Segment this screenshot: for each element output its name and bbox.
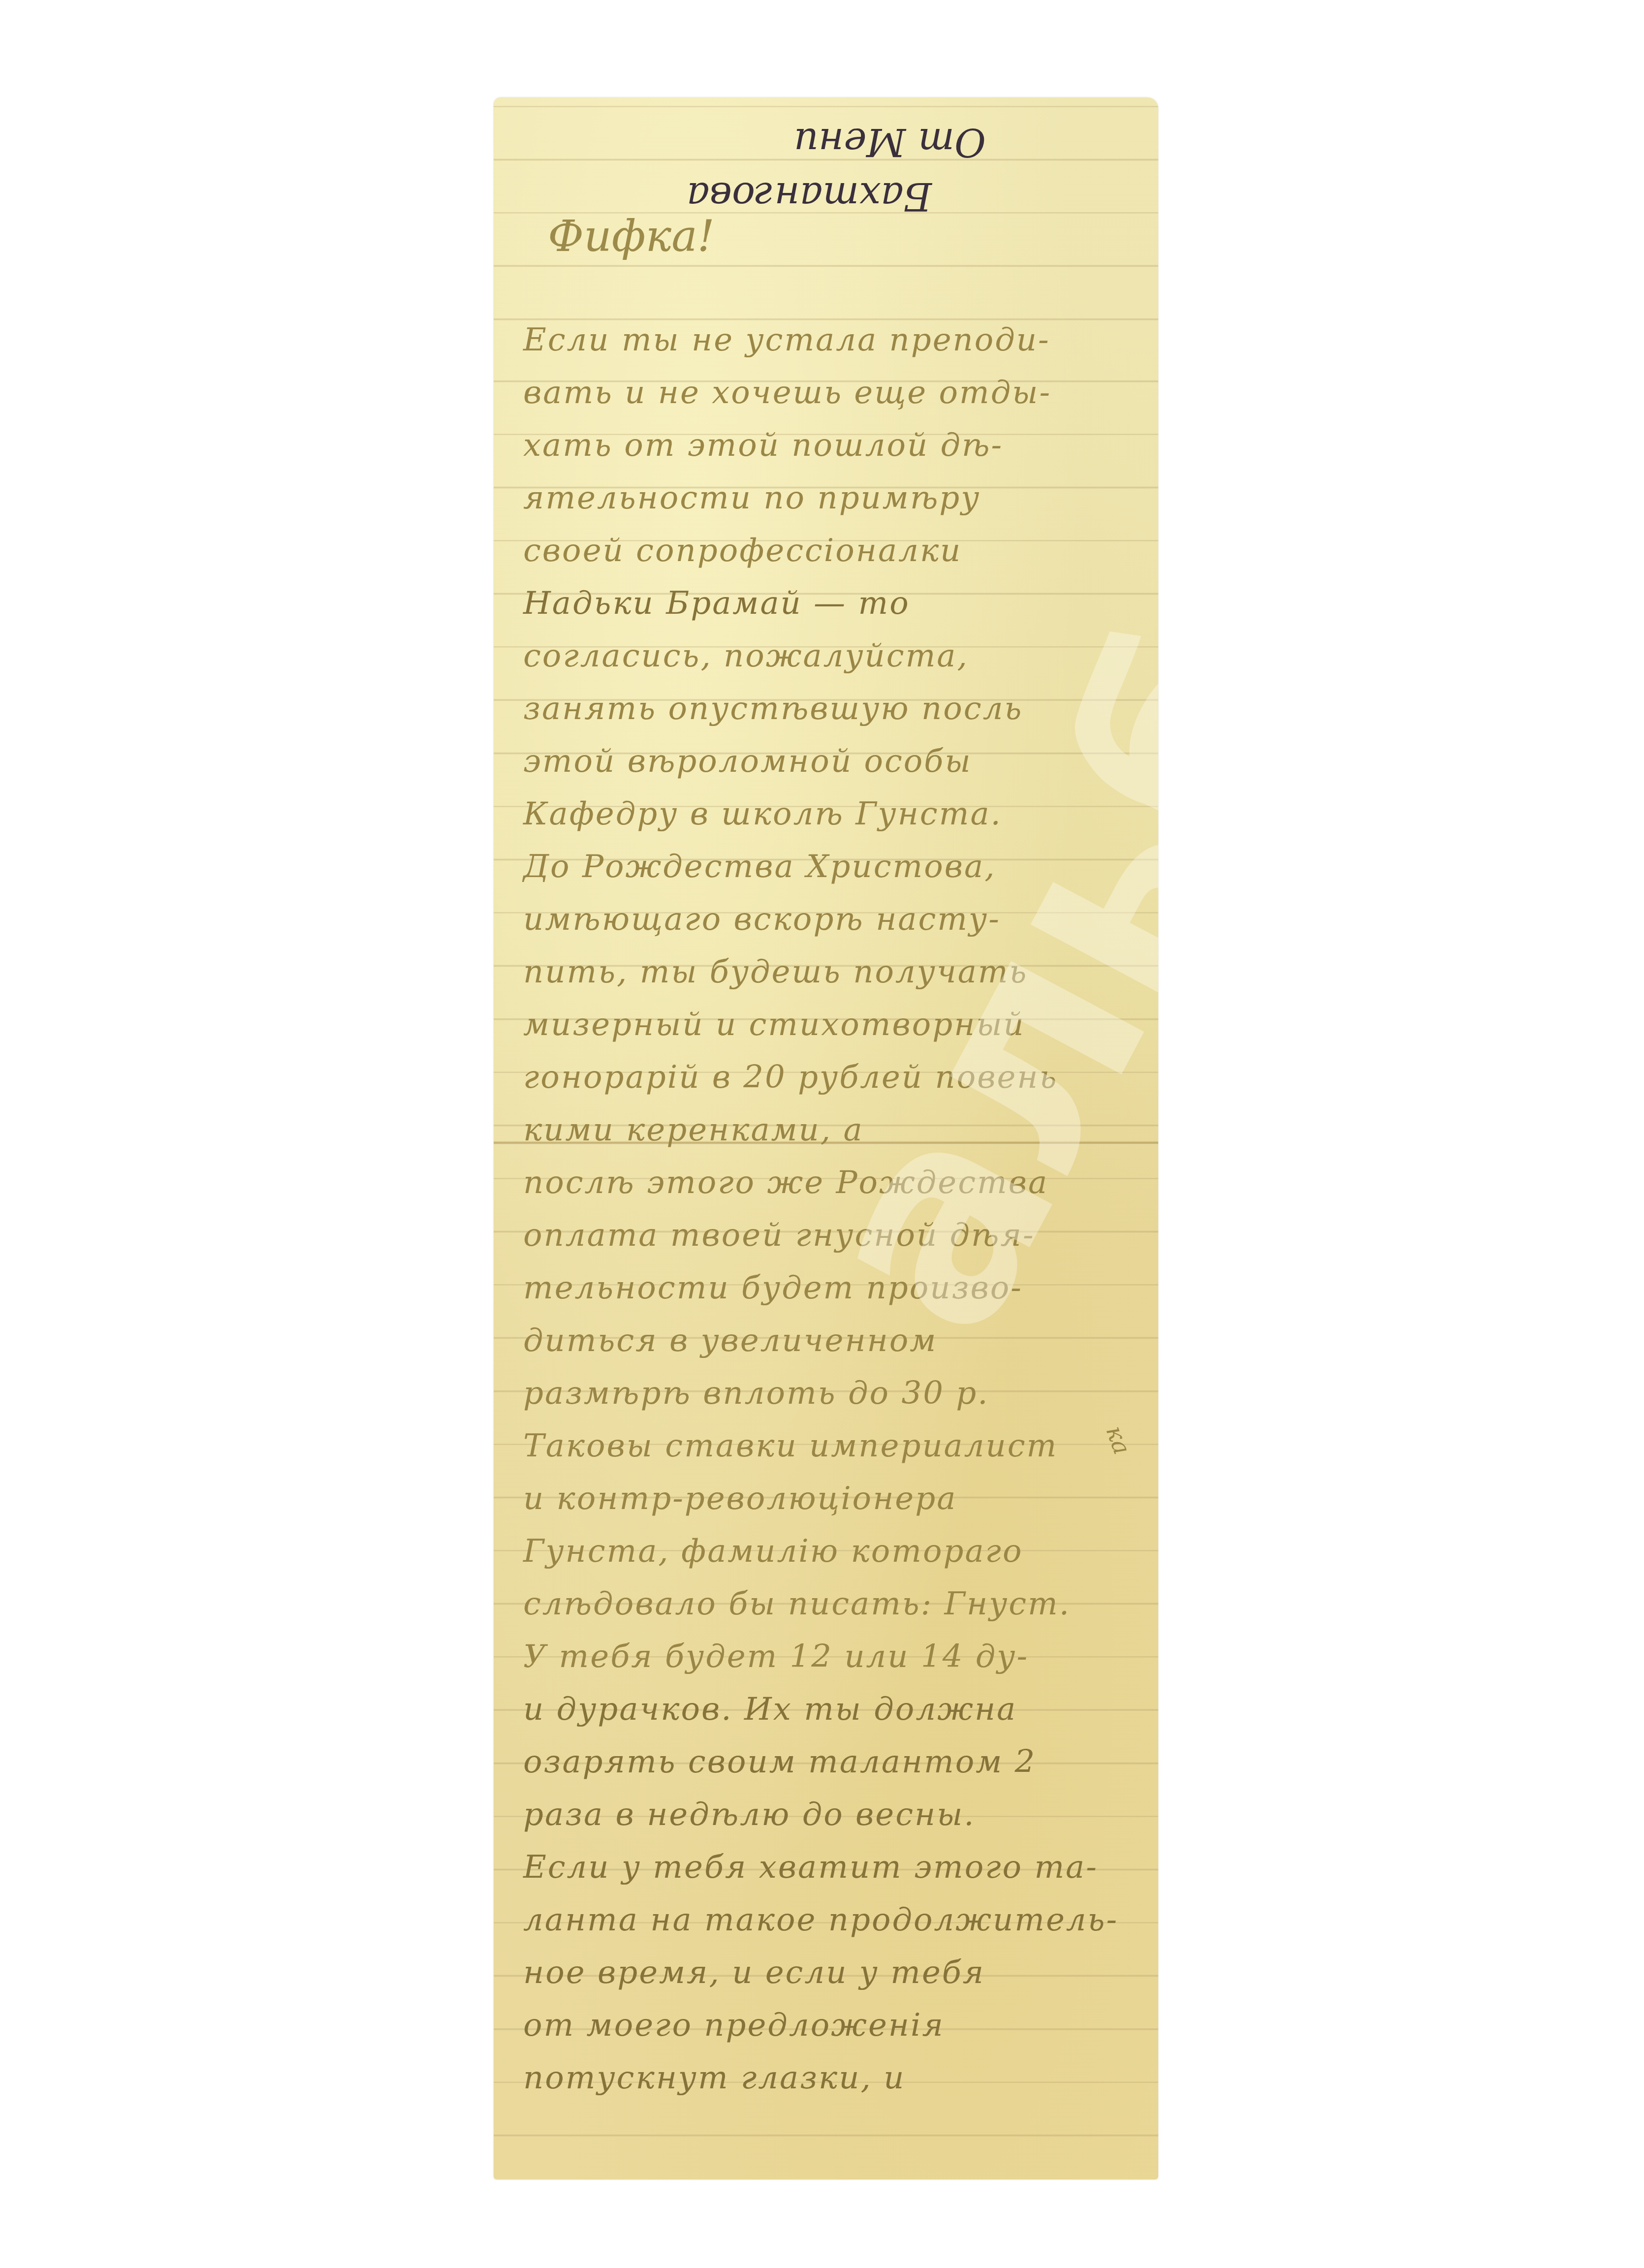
letter-line: гонорарій в 20 рублей повень [523,1051,1134,1104]
letter-line: Если у тебя хватит этого та- [523,1841,1134,1894]
letter-line: озарять своим талантом 2 [523,1736,1134,1789]
letter-line: потускнут глазки, и [523,2052,1134,2105]
letter-paper: Бахтангова От Мени Фифка! Если ты не уст… [494,97,1158,2179]
letter-line: Если ты не устала преподи- [523,314,1134,367]
letter-line: оплата твоей гнусной дѣя- [523,1209,1134,1262]
letter-line: слѣдовало бы писать: Гнуст. [523,1578,1134,1631]
letter-body: Если ты не устала преподи- вать и не хоч… [523,314,1134,2105]
sender-line-1: От Мени [641,115,986,169]
letter-line: Надьки Брамай — то [523,577,1134,630]
letter-line: ятельности по примѣру [523,472,1134,525]
salutation: Фифка! [548,211,715,261]
letter-line: мизерный и стихотворный [523,999,1134,1051]
letter-line: диться в увеличенном [523,1315,1134,1367]
letter-line: До Рождества Христова, [523,841,1134,893]
letter-line: согласись, пожалуйста, [523,630,1134,683]
letter-line: ланта на такое продолжитель- [523,1894,1134,1947]
letter-line: Таковы ставки империалист [523,1420,1134,1473]
letter-line: Кафедру в школѣ Гунста. [523,788,1134,841]
letter-line: кими керенками, а [523,1104,1134,1157]
letter-line: У тебя будет 12 или 14 ду- [523,1631,1134,1683]
letter-line: и контр-революціонера [523,1473,1134,1525]
letter-line: имѣющаго вскорѣ насту- [523,893,1134,946]
letter-line: вать и не хочешь еще отды- [523,367,1134,419]
letter-line: послѣ этого же Рождества [523,1157,1134,1209]
letter-line: занять опустѣвшую посль [523,683,1134,735]
letter-line: тельности будет произво- [523,1262,1134,1315]
letter-line: этой вѣроломной особы [523,735,1134,788]
letter-line: размѣрѣ вплоть до 30 р. [523,1367,1134,1420]
letter-line: хать от этой пошлой дѣ- [523,419,1134,472]
letter-line: Гунста, фамилію котораго [523,1525,1134,1578]
letter-line: ное время, и если у тебя [523,1947,1134,1999]
letter-line: и дурачков. Их ты должна [523,1683,1134,1736]
letter-line: пить, ты будешь получать [523,946,1134,999]
letter-line: раза в недѣлю до весны. [523,1789,1134,1841]
letter-line: от моего предложенія [523,1999,1134,2052]
sender-note-upside-down: Бахтангова От Мени [641,115,986,223]
letter-line: своей сопрофессіоналки [523,525,1134,577]
